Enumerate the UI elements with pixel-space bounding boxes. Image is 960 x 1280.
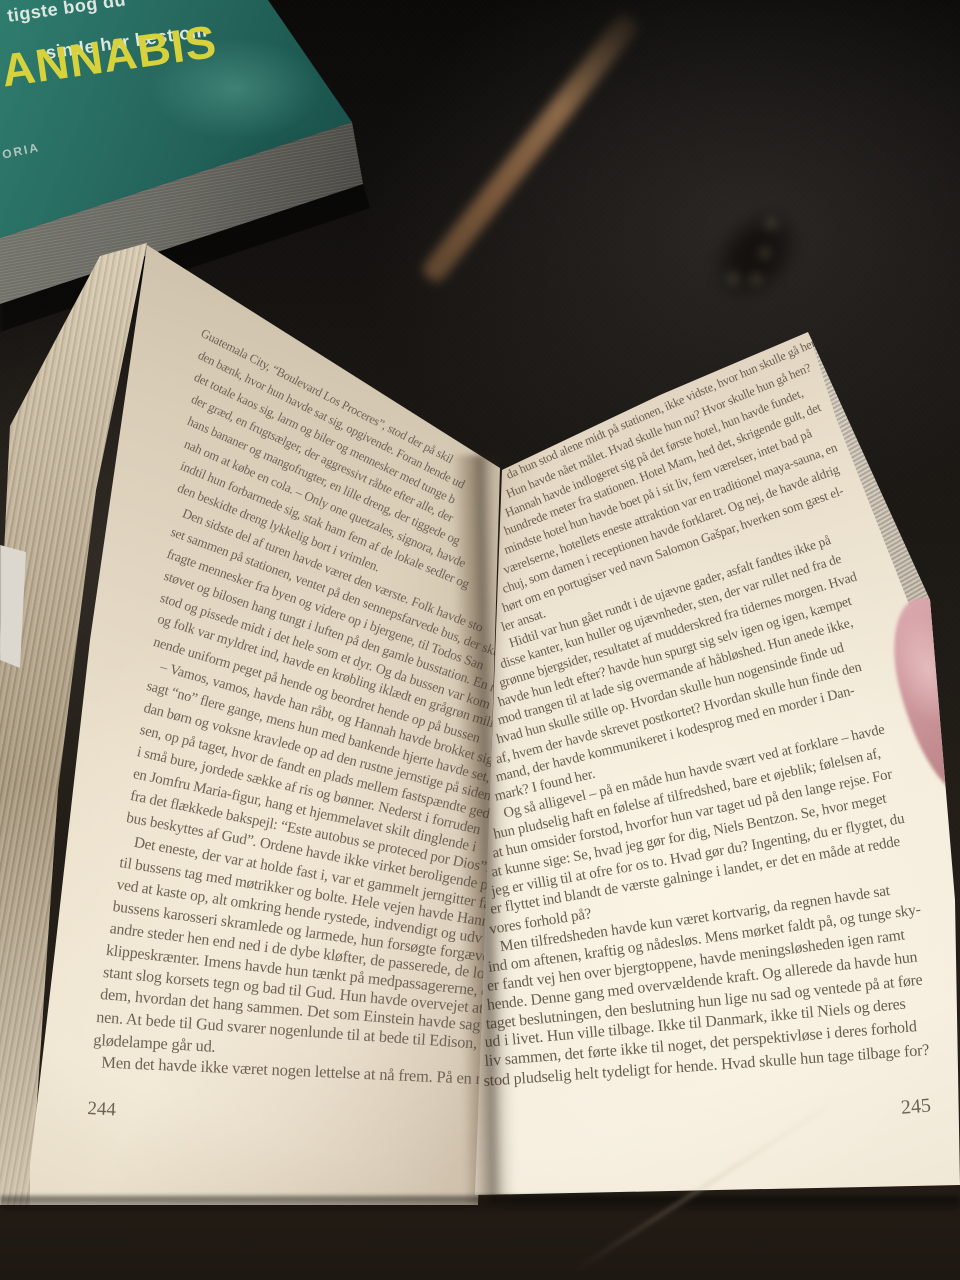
book-bottom-shadow bbox=[0, 1196, 960, 1214]
publisher-fragment: ORIA bbox=[1, 140, 41, 162]
bokeh-dot bbox=[766, 219, 776, 229]
bokeh-dot bbox=[760, 248, 770, 258]
page-number-left: 244 bbox=[87, 1098, 117, 1121]
bokeh-dot bbox=[751, 274, 761, 284]
page-number-right: 245 bbox=[900, 1094, 932, 1120]
cover-subtitle-line1: tigste bog du bbox=[6, 0, 127, 26]
book-photo: tigste bog du sinde har læst om ANNABIS … bbox=[0, 0, 960, 1280]
bokeh-dot bbox=[728, 273, 738, 283]
